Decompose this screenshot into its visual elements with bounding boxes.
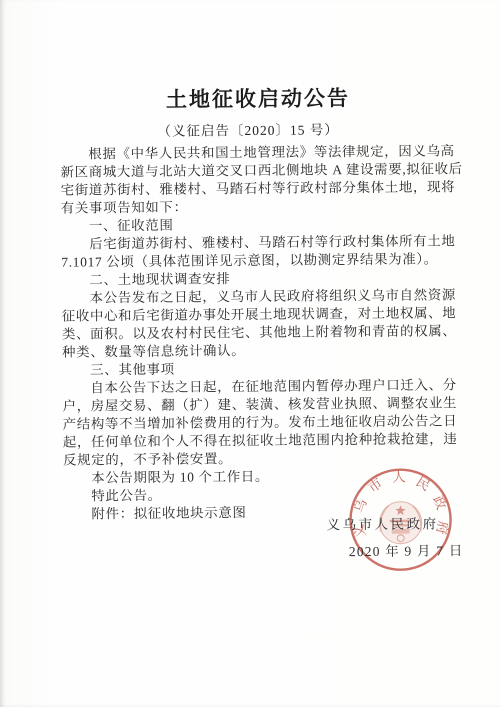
body-line: 起，任何单位和个人不得在拟征收土地范围内抢种抢栽抢建，违	[63, 430, 445, 451]
issuer-signature: 义乌市人民政府	[327, 512, 439, 533]
body-line: 类、面积。以及农村村民住宅、其他地上附着物和青苗的权属、	[62, 322, 444, 343]
body-line: 宅街道苏街村、雅楼村、马踏石村等行政村部分集体土地，现将	[61, 178, 443, 199]
body-line: 7.1017 公顷（具体范围详见示意图，以勘测定界结果为准）。	[61, 250, 443, 271]
issue-date: 2020 年 9 月 7 日	[349, 539, 464, 560]
page-content: 土地征收启动公告 （义征启告〔2020〕15 号） 根据《中华人民共和国土地管理…	[0, 0, 500, 707]
doc-number: （义征启告〔2020〕15 号）	[0, 117, 498, 141]
scanned-notice-page: 土地征收启动公告 （义征启告〔2020〕15 号） 根据《中华人民共和国土地管理…	[0, 0, 500, 707]
doc-title: 土地征收启动公告	[8, 81, 500, 115]
